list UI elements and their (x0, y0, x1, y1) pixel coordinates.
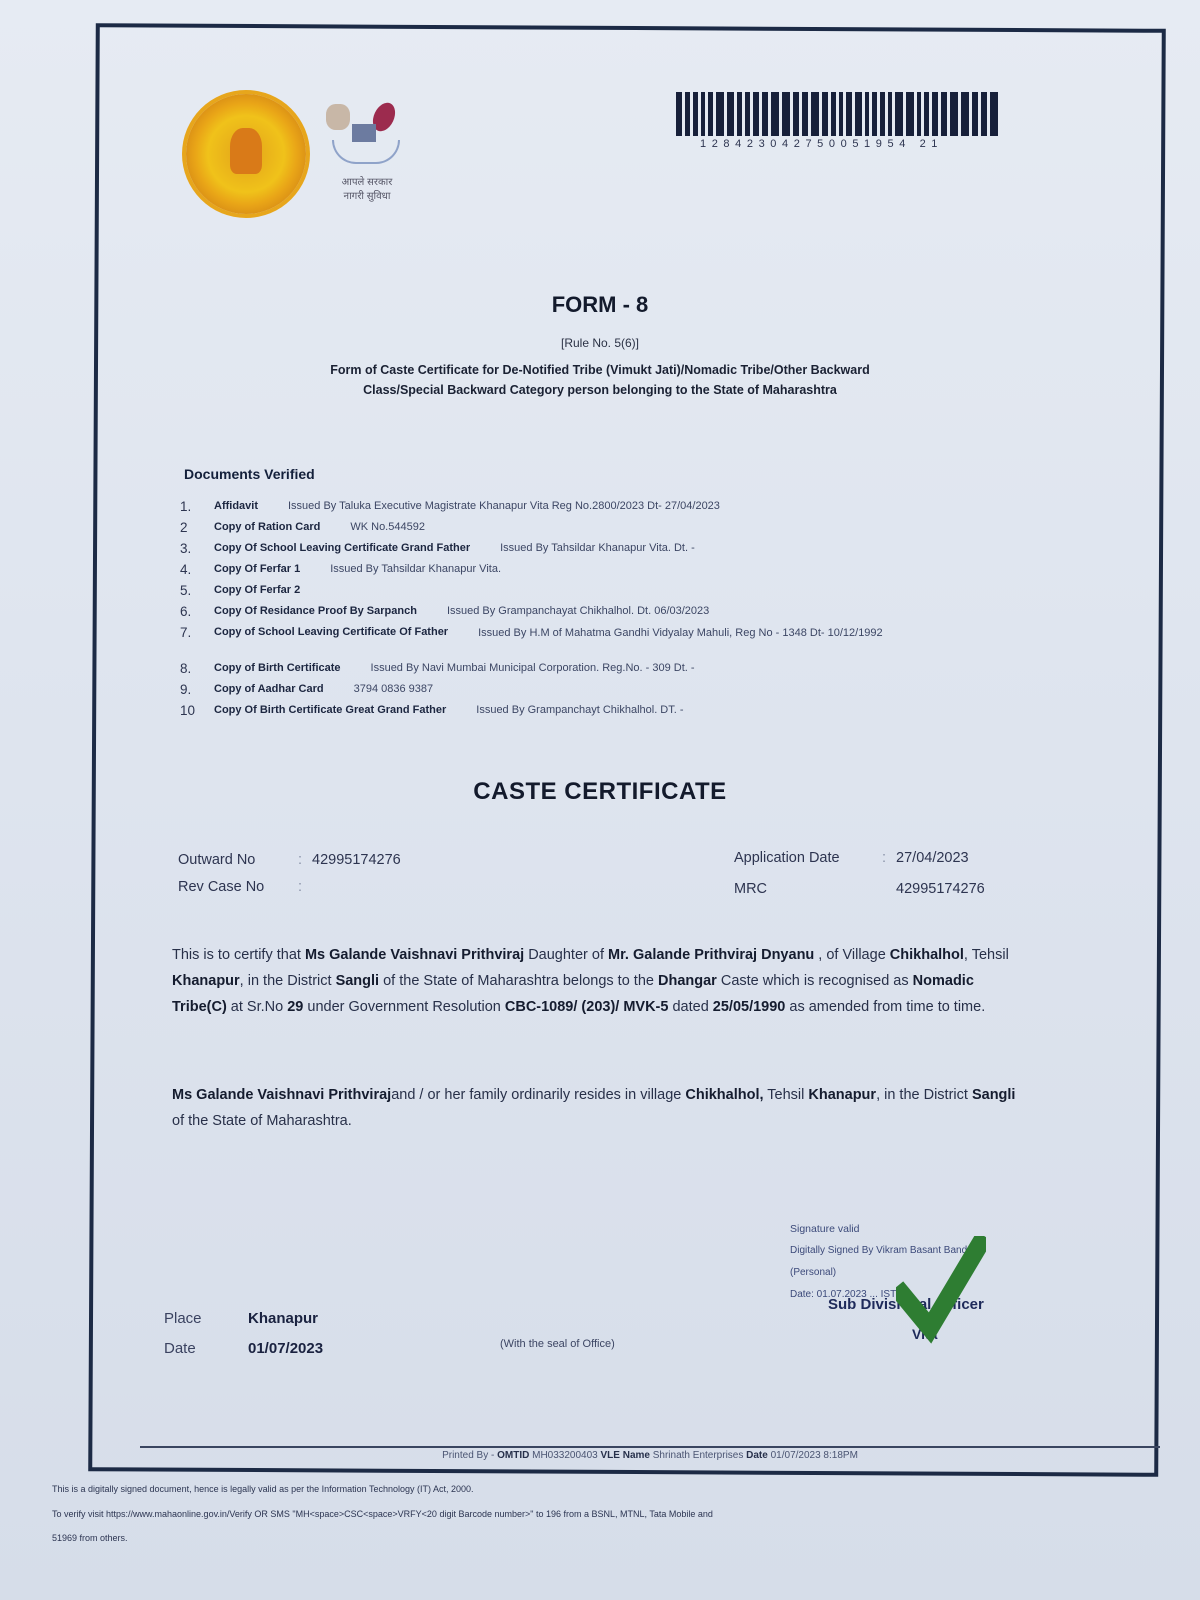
document-detail: Issued By Tahsildar Khanapur Vita. Dt. - (500, 538, 695, 559)
father-name: Mr. Galande Prithviraj Dnyanu (608, 947, 814, 963)
document-number: 3. (180, 538, 214, 559)
rev-case-no: Rev Case No: (178, 879, 312, 895)
tehsil: Khanapur (172, 973, 240, 989)
document-number: 4. (180, 559, 214, 580)
logo-caption: आपले सरकार नागरी सुविधा (332, 176, 402, 204)
aaple-sarkar-logo-icon: आपले सरकार नागरी सुविधा (322, 100, 407, 215)
document-item: 3. Copy Of School Leaving Certificate Gr… (180, 538, 1020, 559)
documents-verified-list: 1. Affidavit Issued By Taluka Executive … (180, 496, 1020, 721)
form-description: Form of Caste Certificate for De-Notifie… (180, 360, 1020, 400)
document-name: Affidavit (214, 496, 258, 517)
applicant-name-2: Ms Galande Vaishnavi Prithviraj (172, 1087, 391, 1103)
certification-paragraph: This is to certify that Ms Galande Vaish… (172, 942, 1022, 1020)
footer-verify-note-2: 51969 from others. (52, 1533, 1172, 1543)
document-item: 9. Copy of Aadhar Card 3794 0836 9387 (180, 679, 1020, 700)
mrc-label: MRC (734, 881, 872, 897)
district-2: Sangli (972, 1087, 1016, 1103)
residence-paragraph: Ms Galande Vaishnavi Prithvirajand / or … (172, 1082, 1022, 1134)
place-value: Khanapur (248, 1310, 318, 1327)
date-label: Date (164, 1340, 196, 1357)
barcode (676, 92, 998, 136)
place-label: Place (164, 1310, 202, 1327)
document-name: Copy Of School Leaving Certificate Grand… (214, 538, 470, 559)
signature-valid-check-icon (896, 1236, 986, 1346)
caste: Dhangar (658, 973, 717, 989)
place: Place Khanapur (164, 1310, 202, 1327)
document-item: 10 Copy Of Birth Certificate Great Grand… (180, 700, 1020, 721)
document-item: 6. Copy Of Residance Proof By Sarpanch I… (180, 601, 1020, 622)
footer-legal-note: This is a digitally signed document, hen… (52, 1484, 1172, 1494)
document-name: Copy of School Leaving Certificate Of Fa… (214, 622, 448, 658)
document-detail: Issued By Navi Mumbai Municipal Corporat… (371, 658, 695, 679)
document-number: 6. (180, 601, 214, 622)
mrc: MRC:42995174276 (734, 881, 985, 897)
application-date-label: Application Date (734, 850, 872, 866)
district: Sangli (336, 973, 380, 989)
document-number: 2 (180, 517, 214, 538)
village: Chikhalhol (890, 947, 964, 963)
document-detail: Issued By Tahsildar Khanapur Vita. (330, 559, 501, 580)
form-description-line-2: Class/Special Backward Category person b… (180, 380, 1020, 400)
footer-verify-note: To verify visit https://www.mahaonline.g… (52, 1509, 1172, 1519)
issue-date: Date 01/07/2023 (164, 1340, 196, 1357)
document-name: Copy of Birth Certificate (214, 658, 341, 679)
document-name: Copy of Aadhar Card (214, 679, 324, 700)
document-detail: Issued By Grampanchayat Chikhalhol. Dt. … (447, 601, 709, 622)
outward-no-label: Outward No (178, 852, 288, 868)
document-item: 5. Copy Of Ferfar 2 (180, 580, 1020, 601)
document-item: 8. Copy of Birth Certificate Issued By N… (180, 658, 1020, 679)
mrc-value: 42995174276 (896, 881, 985, 897)
application-date-value: 27/04/2023 (896, 850, 969, 866)
document-number: 5. (180, 580, 214, 601)
resolution-date: 25/05/1990 (713, 999, 786, 1015)
document-detail: Issued By Taluka Executive Magistrate Kh… (288, 496, 720, 517)
printed-by-line: Printed By - OMTID MH033200403 VLE Name … (140, 1450, 1160, 1461)
document-name: Copy Of Residance Proof By Sarpanch (214, 601, 417, 622)
document-detail: Issued By H.M of Mahatma Gandhi Vidyalay… (478, 622, 883, 658)
rev-case-no-label: Rev Case No (178, 879, 288, 895)
document-item: 4. Copy Of Ferfar 1 Issued By Tahsildar … (180, 559, 1020, 580)
maharashtra-seal-icon (186, 94, 306, 214)
tehsil-2: Khanapur (808, 1087, 876, 1103)
document-number: 9. (180, 679, 214, 700)
barcode-number: 128423042750051954 21 (700, 138, 980, 150)
document-number: 10 (180, 700, 214, 721)
document-item: 1. Affidavit Issued By Taluka Executive … (180, 496, 1020, 517)
outward-no: Outward No:42995174276 (178, 852, 401, 868)
document-name: Copy of Ration Card (214, 517, 320, 538)
document-name: Copy Of Ferfar 2 (214, 580, 300, 601)
document-number: 1. (180, 496, 214, 517)
document-number: 8. (180, 658, 214, 679)
sr-no: 29 (287, 999, 303, 1015)
document-name: Copy Of Birth Certificate Great Grand Fa… (214, 700, 446, 721)
document-detail: 3794 0836 9387 (354, 679, 434, 700)
seal-note: (With the seal of Office) (500, 1338, 615, 1350)
applicant-name: Ms Galande Vaishnavi Prithviraj (305, 947, 524, 963)
outward-no-value: 42995174276 (312, 852, 401, 868)
date-value: 01/07/2023 (248, 1340, 323, 1357)
village-2: Chikhalhol, (685, 1087, 763, 1103)
document-item: 2 Copy of Ration Card WK No.544592 (180, 517, 1020, 538)
document-detail: WK No.544592 (350, 517, 425, 538)
form-title: FORM - 8 (180, 292, 1020, 318)
documents-verified-heading: Documents Verified (184, 466, 315, 482)
resolution: CBC-1089/ (203)/ MVK-5 (505, 999, 669, 1015)
document-number: 7. (180, 622, 214, 658)
document-name: Copy Of Ferfar 1 (214, 559, 300, 580)
rule-number: [Rule No. 5(6)] (180, 336, 1020, 350)
certificate-title: CASTE CERTIFICATE (180, 778, 1020, 806)
form-description-line-1: Form of Caste Certificate for De-Notifie… (180, 360, 1020, 380)
document-detail: Issued By Grampanchayt Chikhalhol. DT. - (476, 700, 683, 721)
application-date: Application Date:27/04/2023 (734, 850, 969, 866)
document-item: 7. Copy of School Leaving Certificate Of… (180, 622, 1020, 658)
printed-by-divider (140, 1446, 1160, 1448)
